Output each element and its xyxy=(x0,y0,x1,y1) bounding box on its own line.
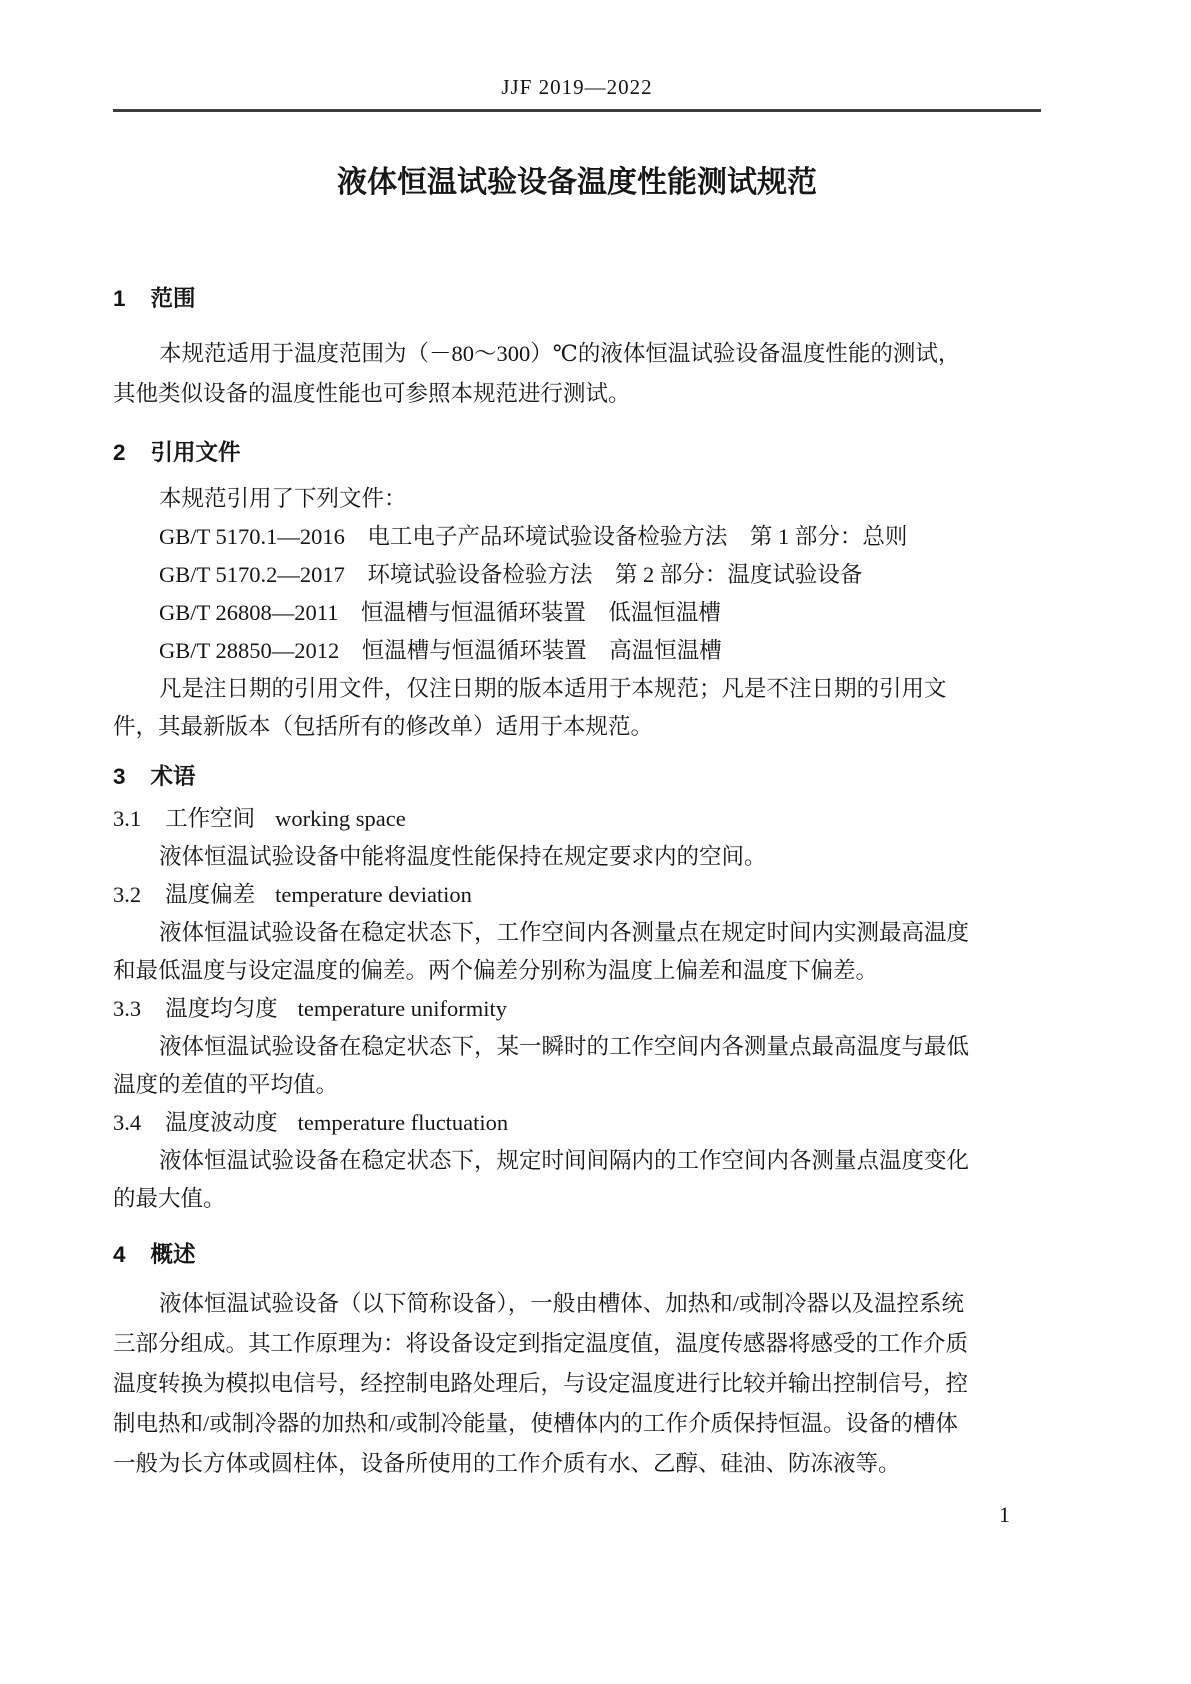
section-heading-number: 1 xyxy=(113,286,126,312)
section-heading-number: 4 xyxy=(113,1242,126,1268)
header-code: JJF 2019—2022 xyxy=(113,0,1041,100)
term-heading: 3.2温度偏差temperature deviation xyxy=(113,876,1041,914)
term-definition-line: 温度的差值的平均值。 xyxy=(113,1066,1041,1104)
paragraph-line: 一般为长方体或圆柱体，设备所使用的工作介质有水、乙醇、硅油、防冻液等。 xyxy=(113,1444,1041,1484)
paragraph-line: 件，其最新版本（包括所有的修改单）适用于本规范。 xyxy=(113,708,1041,746)
section-4-heading: 4概述 xyxy=(113,1242,1041,1268)
section-heading-number: 2 xyxy=(113,440,126,466)
paragraph-line: 温度转换为模拟电信号，经控制电路处理后，与设定温度进行比较并输出控制信号，控 xyxy=(113,1364,1041,1404)
term-number: 3.3 xyxy=(113,990,141,1028)
header-rule xyxy=(113,109,1041,112)
section-1-heading: 1范围 xyxy=(113,286,1041,312)
paragraph-line: 液体恒温试验设备（以下简称设备），一般由槽体、加热和/或制冷器以及温控系统 xyxy=(113,1284,1041,1324)
reference-line: GB/T 5170.2—2017 环境试验设备检验方法 第 2 部分：温度试验设… xyxy=(113,556,1041,594)
page-content: JJF 2019—2022 液体恒温试验设备温度性能测试规范 1范围 本规范适用… xyxy=(113,0,1041,1484)
term-en: temperature deviation xyxy=(275,876,472,914)
paragraph-line: 制电热和/或制冷器的加热和/或制冷能量，使槽体内的工作介质保持恒温。设备的槽体 xyxy=(113,1404,1041,1444)
term-zh: 温度均匀度 xyxy=(165,996,278,1021)
document-page: JJF 2019—2022 液体恒温试验设备温度性能测试规范 1范围 本规范适用… xyxy=(0,0,1191,1684)
term-heading: 3.4温度波动度temperature fluctuation xyxy=(113,1104,1041,1142)
term-definition-line: 液体恒温试验设备中能将温度性能保持在规定要求内的空间。 xyxy=(113,838,1041,876)
paragraph-line: 三部分组成。其工作原理为：将设备设定到指定温度值，温度传感器将感受的工作介质 xyxy=(113,1324,1041,1364)
paragraph-line: 凡是注日期的引用文件，仅注日期的版本适用于本规范；凡是不注日期的引用文 xyxy=(113,670,1041,708)
section-heading-label: 术语 xyxy=(151,764,196,789)
document-title: 液体恒温试验设备温度性能测试规范 xyxy=(113,164,1041,202)
section-2-heading: 2引用文件 xyxy=(113,440,1041,466)
paragraph-line: 其他类似设备的温度性能也可参照本规范进行测试。 xyxy=(113,374,1041,414)
term-number: 3.4 xyxy=(113,1104,141,1142)
term-en: temperature uniformity xyxy=(298,990,507,1028)
term-definition-line: 的最大值。 xyxy=(113,1180,1041,1218)
section-3-heading: 3术语 xyxy=(113,764,1041,790)
section-heading-label: 范围 xyxy=(151,286,196,311)
term-zh: 温度偏差 xyxy=(165,882,255,907)
paragraph-line: 本规范适用于温度范围为（－80～300）℃的液体恒温试验设备温度性能的测试， xyxy=(113,334,1041,374)
term-definition-line: 液体恒温试验设备在稳定状态下，工作空间内各测量点在规定时间内实测最高温度 xyxy=(113,914,1041,952)
section-heading-number: 3 xyxy=(113,764,126,790)
section-heading-label: 概述 xyxy=(151,1242,196,1267)
section-heading-label: 引用文件 xyxy=(151,440,241,465)
page-number: 1 xyxy=(999,1502,1010,1528)
term-definition-line: 液体恒温试验设备在稳定状态下，规定时间间隔内的工作空间内各测量点温度变化 xyxy=(113,1142,1041,1180)
term-definition-line: 液体恒温试验设备在稳定状态下，某一瞬时的工作空间内各测量点最高温度与最低 xyxy=(113,1028,1041,1066)
term-zh: 温度波动度 xyxy=(165,1110,278,1135)
paragraph-line: 本规范引用了下列文件： xyxy=(113,480,1041,518)
term-en: working space xyxy=(275,800,406,838)
reference-line: GB/T 28850—2012 恒温槽与恒温循环装置 高温恒温槽 xyxy=(113,632,1041,670)
term-heading: 3.1工作空间working space xyxy=(113,800,1041,838)
term-zh: 工作空间 xyxy=(165,806,255,831)
term-definition-line: 和最低温度与设定温度的偏差。两个偏差分别称为温度上偏差和温度下偏差。 xyxy=(113,952,1041,990)
term-number: 3.2 xyxy=(113,876,141,914)
reference-line: GB/T 26808—2011 恒温槽与恒温循环装置 低温恒温槽 xyxy=(113,594,1041,632)
term-number: 3.1 xyxy=(113,800,141,838)
term-en: temperature fluctuation xyxy=(298,1104,509,1142)
term-heading: 3.3温度均匀度temperature uniformity xyxy=(113,990,1041,1028)
reference-line: GB/T 5170.1—2016 电工电子产品环境试验设备检验方法 第 1 部分… xyxy=(113,518,1041,556)
